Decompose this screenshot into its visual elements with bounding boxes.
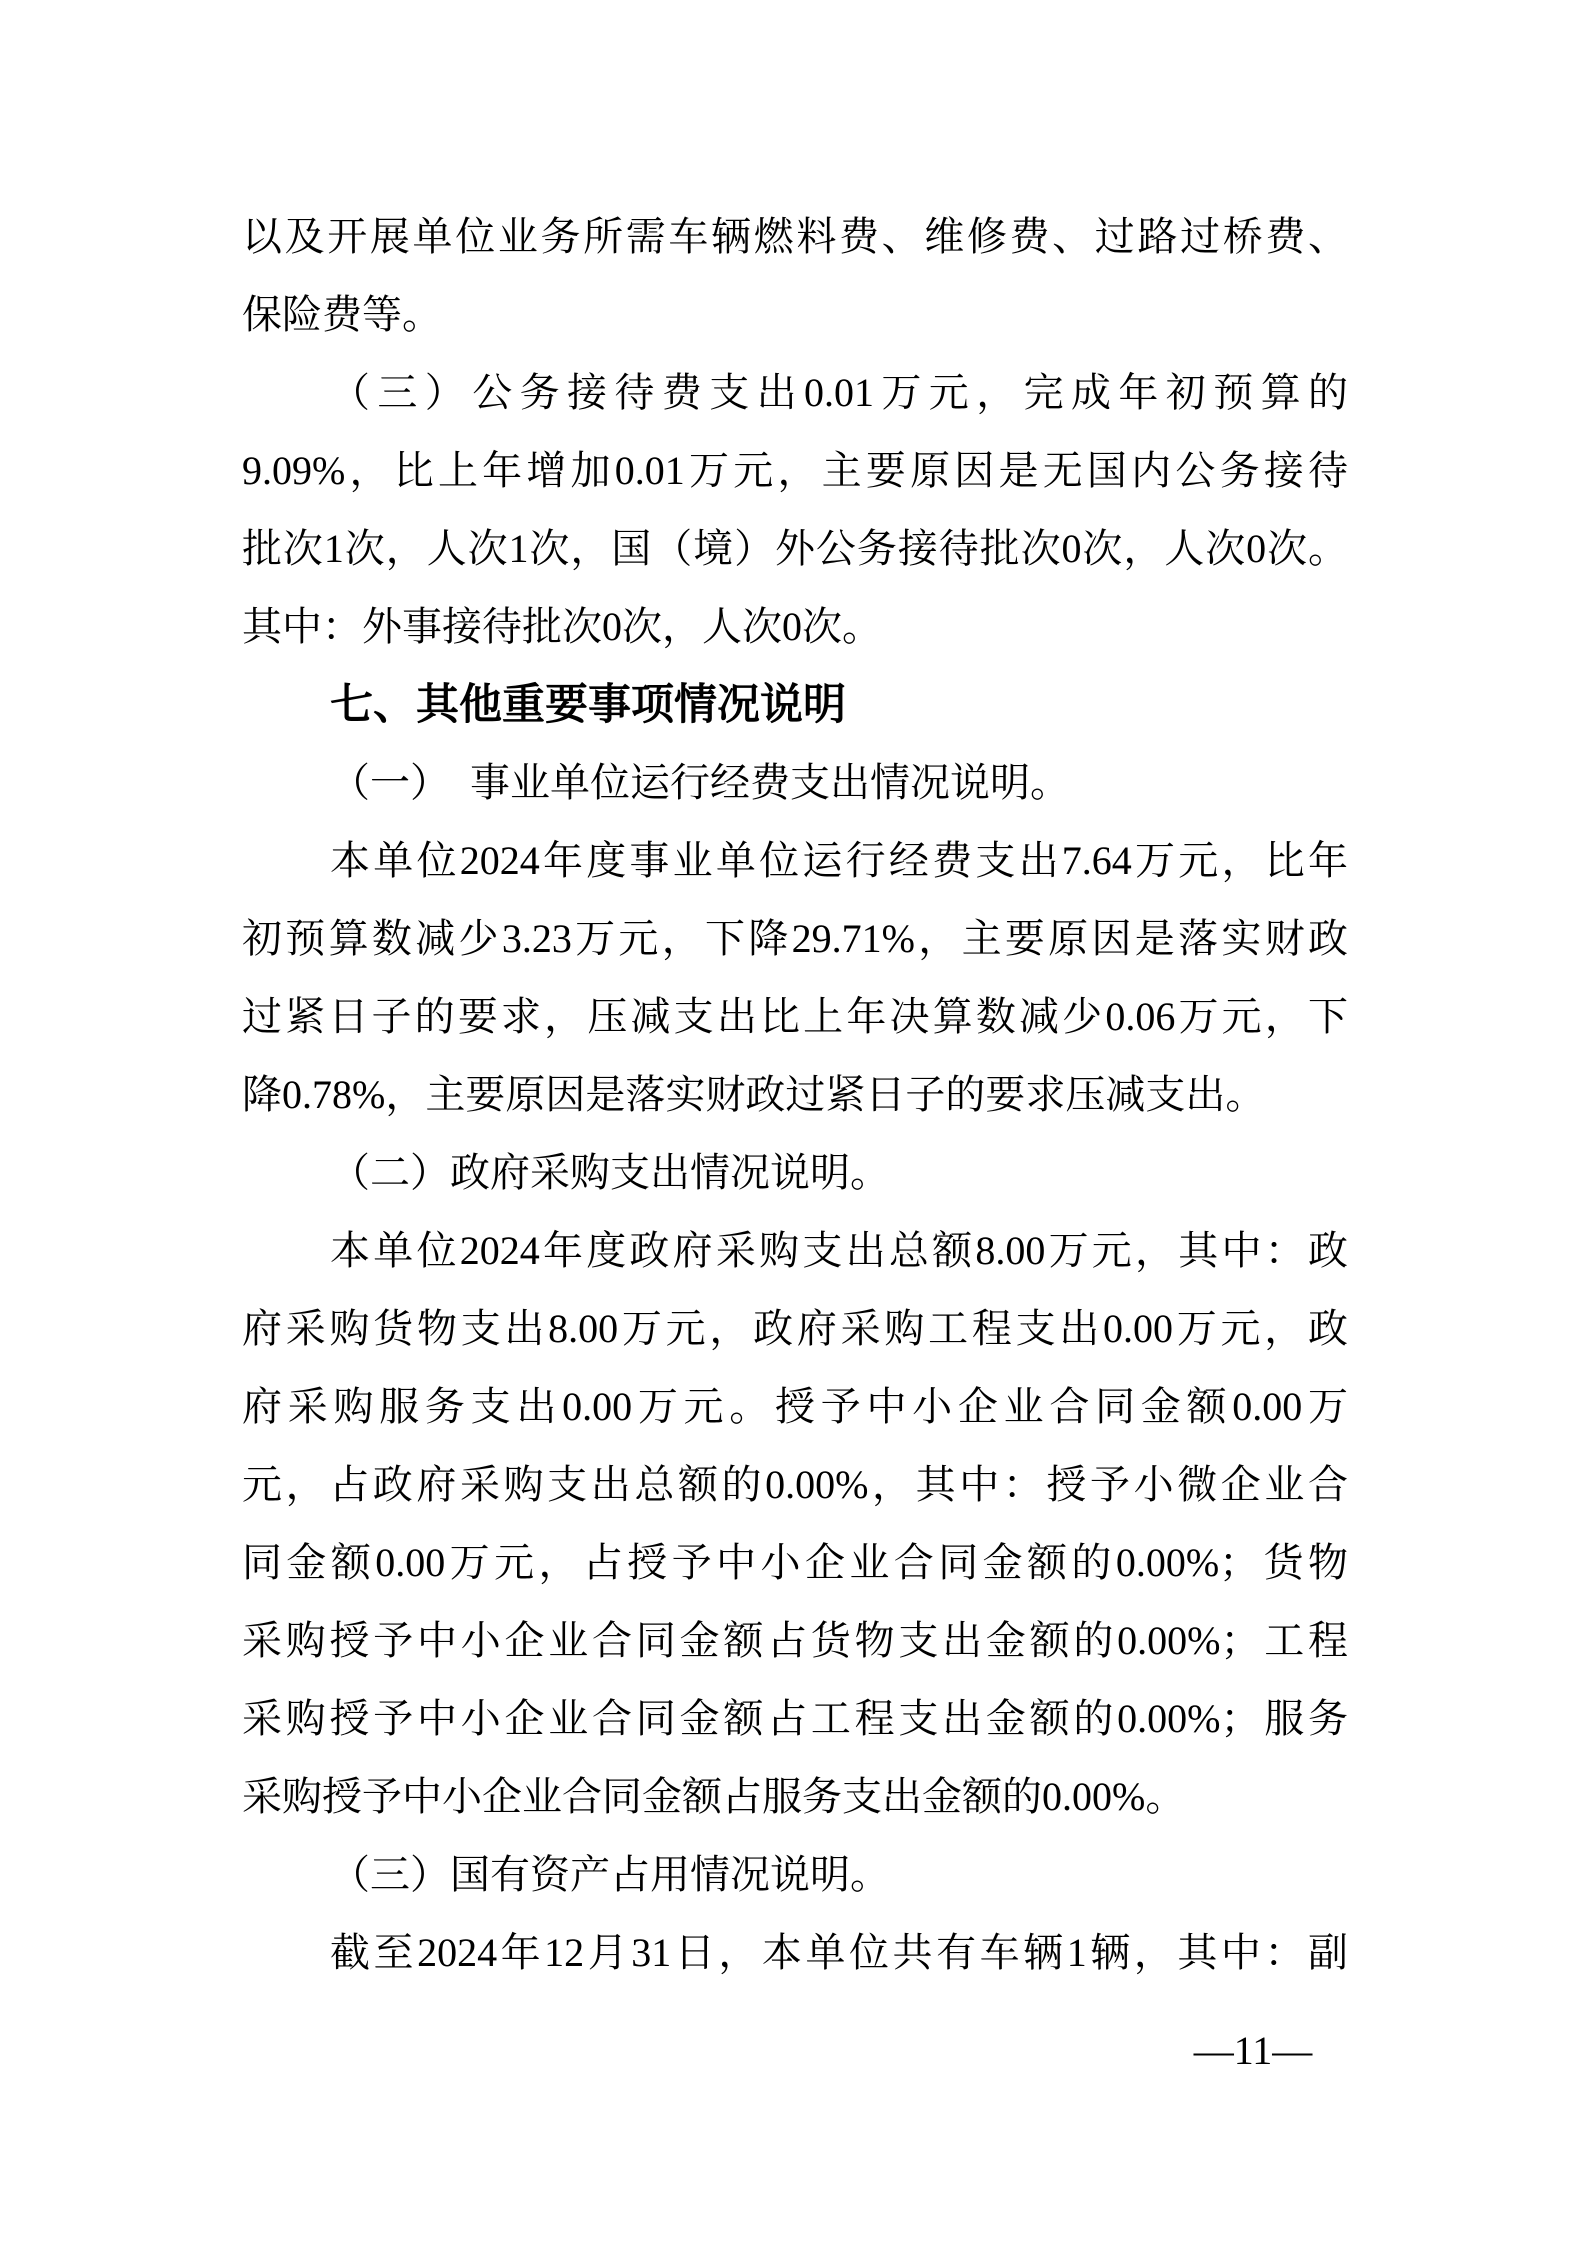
body-line: 本单位2024年度政府采购支出总额8.00万元，其中：政 [242, 1212, 1348, 1290]
body-line: 9.09%，比上年增加0.01万元，主要原因是无国内公务接待 [242, 432, 1348, 510]
body-line: 以及开展单位业务所需车辆燃料费、维修费、过路过桥费、 [242, 198, 1348, 276]
subsection-heading: （三）国有资产占用情况说明。 [242, 1836, 1348, 1914]
body-line: 批次1次，人次1次，国（境）外公务接待批次0次，人次0次。 [242, 510, 1348, 588]
document-page: 以及开展单位业务所需车辆燃料费、维修费、过路过桥费、 保险费等。 （三）公务接待… [0, 0, 1587, 2245]
body-line: 降0.78%，主要原因是落实财政过紧日子的要求压减支出。 [242, 1056, 1348, 1134]
body-line: 本单位2024年度事业单位运行经费支出7.64万元，比年 [242, 822, 1348, 900]
page-number: —11— [1178, 2028, 1328, 2074]
body-line: 保险费等。 [242, 276, 1348, 354]
body-line: 元，占政府采购支出总额的0.00%，其中：授予小微企业合 [242, 1446, 1348, 1524]
body-line: 采购授予中小企业合同金额占服务支出金额的0.00%。 [242, 1758, 1348, 1836]
body-line: （三）公务接待费支出0.01万元，完成年初预算的 [242, 354, 1348, 432]
body-line: 府采购服务支出0.00万元。授予中小企业合同金额0.00万 [242, 1368, 1348, 1446]
subsection-heading: （二）政府采购支出情况说明。 [242, 1134, 1348, 1212]
body-line: 府采购货物支出8.00万元，政府采购工程支出0.00万元，政 [242, 1290, 1348, 1368]
section-heading: 七、其他重要事项情况说明 [242, 666, 1348, 744]
body-line: 采购授予中小企业合同金额占货物支出金额的0.00%；工程 [242, 1602, 1348, 1680]
body-line: 截至2024年12月31日，本单位共有车辆1辆，其中：副 [242, 1914, 1348, 1992]
body-line: 同金额0.00万元，占授予中小企业合同金额的0.00%；货物 [242, 1524, 1348, 1602]
document-body: 以及开展单位业务所需车辆燃料费、维修费、过路过桥费、 保险费等。 （三）公务接待… [242, 198, 1348, 1992]
body-line: 过紧日子的要求，压减支出比上年决算数减少0.06万元，下 [242, 978, 1348, 1056]
body-line: 初预算数减少3.23万元，下降29.71%，主要原因是落实财政 [242, 900, 1348, 978]
subsection-heading: （一） 事业单位运行经费支出情况说明。 [242, 744, 1348, 822]
body-line: 采购授予中小企业合同金额占工程支出金额的0.00%；服务 [242, 1680, 1348, 1758]
body-line: 其中：外事接待批次0次，人次0次。 [242, 588, 1348, 666]
